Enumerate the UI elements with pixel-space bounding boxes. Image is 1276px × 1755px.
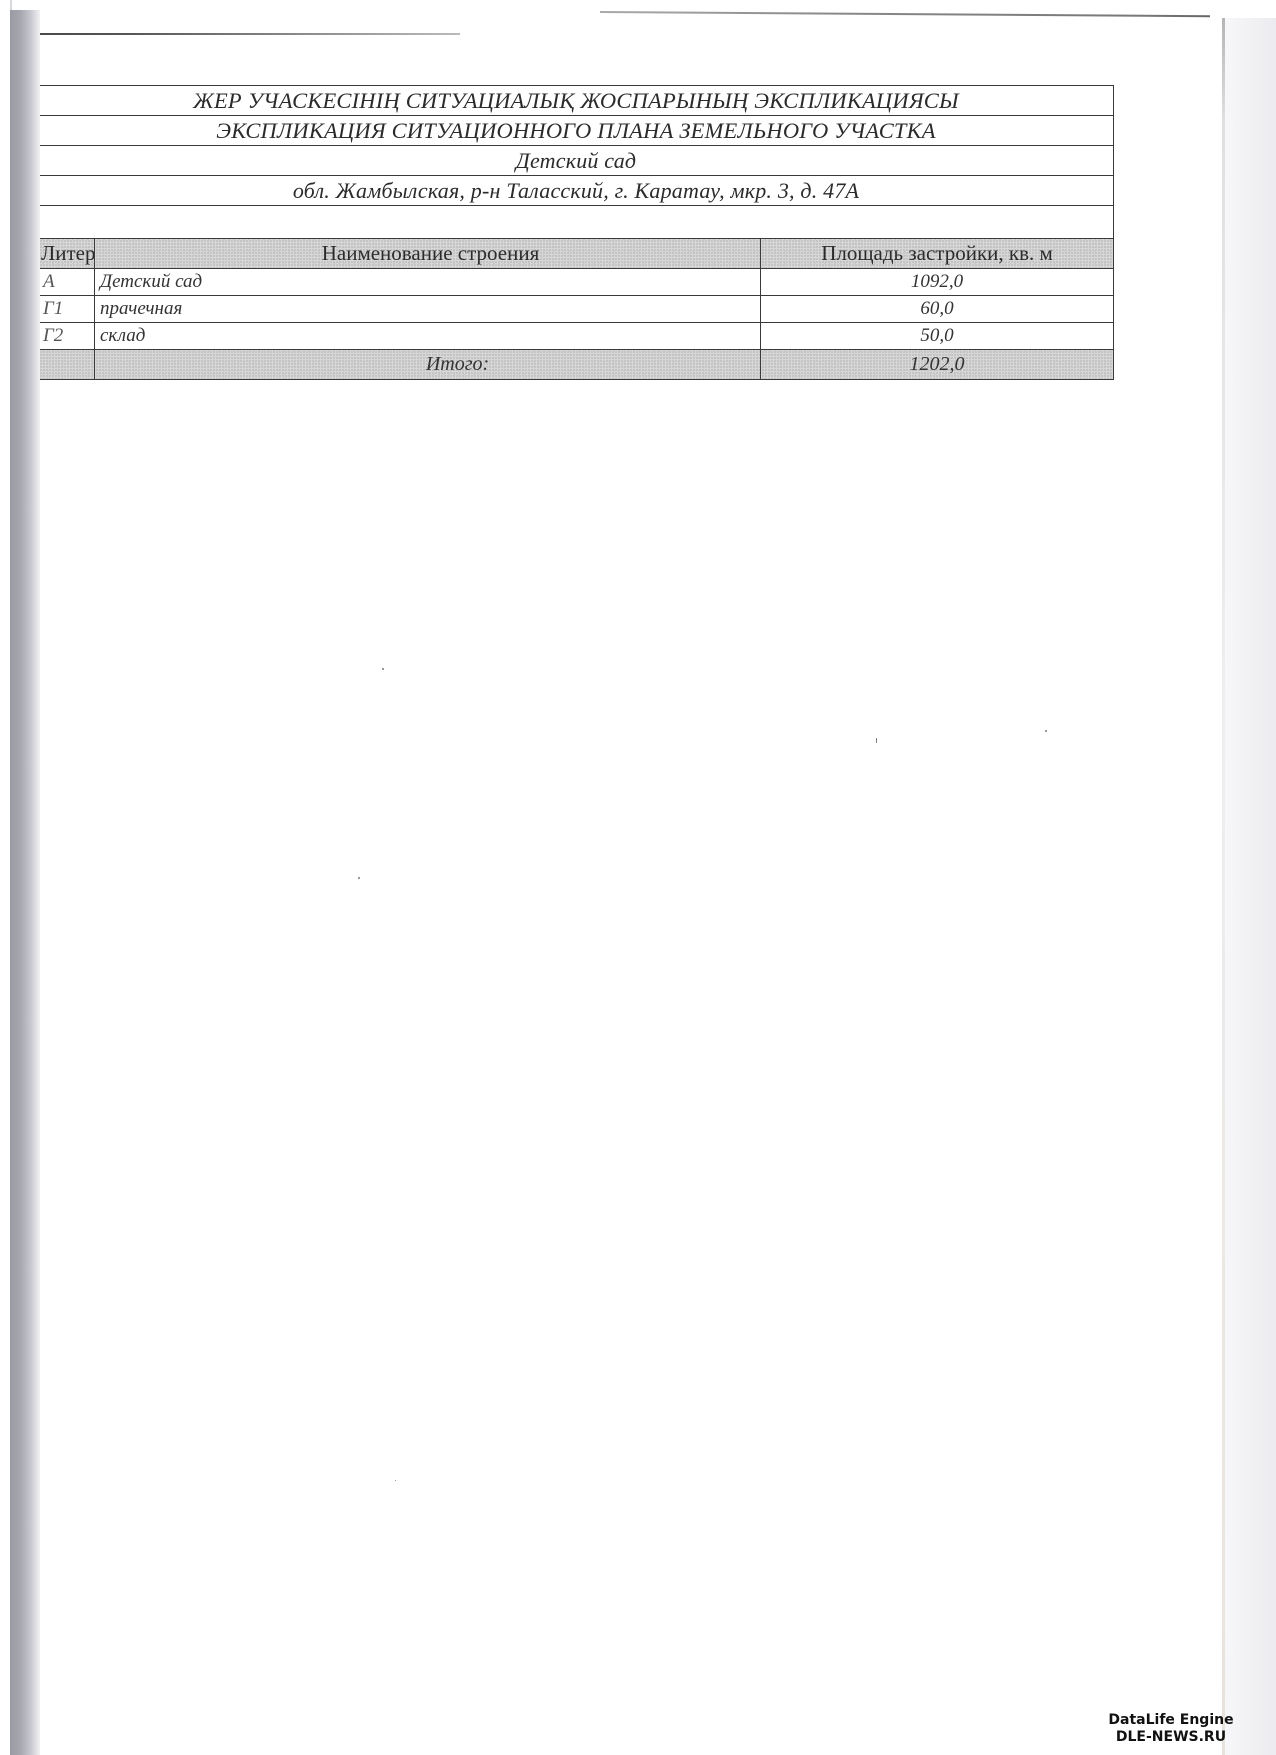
- cell-building-name: прачечная: [95, 296, 761, 323]
- paper-top-edge-left: [40, 33, 460, 35]
- header-built-area: Площадь застройки, кв. м: [761, 239, 1114, 269]
- explication-table: ЖЕР УЧАСКЕСІНІҢ СИТУАЦИАЛЫҚ ЖОСПАРЫНЫҢ Э…: [38, 85, 1114, 380]
- scan-speck: [876, 738, 877, 743]
- scan-speck: [395, 1480, 396, 1481]
- cell-building-name: Детский сад: [95, 269, 761, 296]
- header-liter: Литер: [39, 239, 95, 269]
- cell-built-area: 1092,0: [761, 269, 1114, 296]
- title-russian-row: ЭКСПЛИКАЦИЯ СИТУАЦИОННОГО ПЛАНА ЗЕМЕЛЬНО…: [39, 116, 1114, 146]
- spacer-row: [39, 206, 1114, 239]
- paper-right-edge: [1222, 18, 1225, 1755]
- cell-built-area: 50,0: [761, 323, 1114, 350]
- table-total-row: Итого: 1202,0: [39, 350, 1114, 380]
- object-name-row: Детский сад: [39, 146, 1114, 176]
- title-kazakh-row: ЖЕР УЧАСКЕСІНІҢ СИТУАЦИАЛЫҚ ЖОСПАРЫНЫҢ Э…: [39, 86, 1114, 116]
- binding-shadow: [10, 10, 40, 1755]
- title-kazakh: ЖЕР УЧАСКЕСІНІҢ СИТУАЦИАЛЫҚ ЖОСПАРЫНЫҢ Э…: [39, 86, 1114, 116]
- paper-top-edge-right: [600, 11, 1210, 17]
- scan-speck: [358, 877, 360, 879]
- table-row: А Детский сад 1092,0: [39, 269, 1114, 296]
- scan-speck: [1045, 730, 1047, 732]
- header-building-name: Наименование строения: [95, 239, 761, 269]
- watermark-line2: DLE-NEWS.RU: [1066, 1729, 1276, 1746]
- object-name: Детский сад: [39, 146, 1114, 176]
- scan-speck: [382, 668, 384, 670]
- table-header-row: Литер Наименование строения Площадь заст…: [39, 239, 1114, 269]
- table-row: Г2 склад 50,0: [39, 323, 1114, 350]
- cell-liter: А: [39, 269, 95, 296]
- watermark-line1: DataLife Engine: [1066, 1712, 1276, 1729]
- cell-built-area: 60,0: [761, 296, 1114, 323]
- total-area: 1202,0: [761, 350, 1114, 380]
- cell-building-name: склад: [95, 323, 761, 350]
- scanner-background-right: [1225, 18, 1276, 1755]
- table-row: Г1 прачечная 60,0: [39, 296, 1114, 323]
- total-label: Итого:: [95, 350, 761, 380]
- cell-liter: Г2: [39, 323, 95, 350]
- watermark: DataLife Engine DLE-NEWS.RU: [1066, 1712, 1276, 1746]
- cell-liter: Г1: [39, 296, 95, 323]
- title-russian: ЭКСПЛИКАЦИЯ СИТУАЦИОННОГО ПЛАНА ЗЕМЕЛЬНО…: [39, 116, 1114, 146]
- total-liter-empty: [39, 350, 95, 380]
- address: обл. Жамбылская, р-н Таласский, г. Карат…: [39, 176, 1114, 206]
- address-row: обл. Жамбылская, р-н Таласский, г. Карат…: [39, 176, 1114, 206]
